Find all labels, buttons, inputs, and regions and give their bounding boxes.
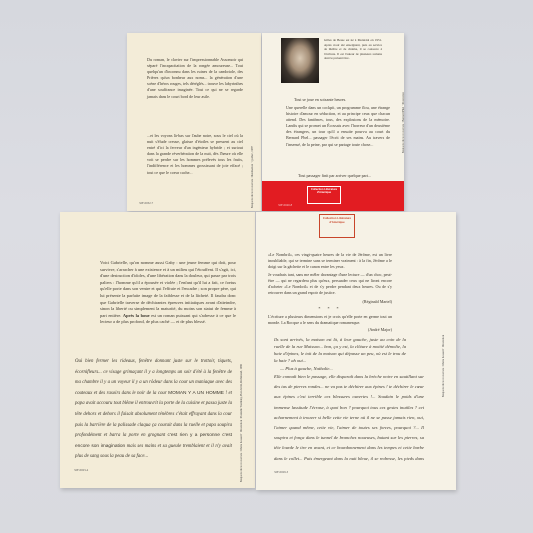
publisher-logo: Collection Littérature d'Amérique [307,186,341,204]
red-band: Collection Littérature d'Amérique 32F-00… [262,181,404,211]
book-cover-top-right: Gilles de Besse est né à Montréal en 195… [262,33,404,211]
book-cover-bottom-right: Collection Littérature d'Amérique «Le No… [256,212,456,490]
book3-title-mention: Après la boue [123,313,150,318]
book3-code: 32F-0023-4 [74,468,88,472]
publisher-logo-red: Collection Littérature d'Amérique [319,214,355,238]
book4-code: 32F-0029-3 [274,470,288,474]
book4-para3: L'écriture a plusieurs dimensions et je … [268,314,392,326]
book3-intro-text: Voici Gabrielle, qu'on nomme aussi Gaby … [100,260,236,318]
book2-closing: Tout passager finit par arriver quelque … [298,173,398,179]
book-cover-bottom-left: Voici Gabrielle, qu'on nomme aussi Gaby … [60,212,255,488]
book4-excerpt1: Ils sont arrivés, la maison est là, à le… [274,336,406,364]
book4-attribution2: (André Major) [268,327,392,333]
book3-excerpt: Oui bien fermer les rideaux, fenêtre don… [75,357,232,463]
book4-attribution1: (Réginald Martel) [268,299,392,305]
book2-code: 32F-0040-8 [278,203,292,207]
book4-excerpt2: — Plus à gauche, Nathalie... [280,365,406,372]
author-photo [281,38,319,83]
book4-para2: Je voudrais tant, sans me mêler davantag… [268,272,392,296]
book1-paragraph-2: ...et les voyons là-bas sur l'aube noire… [147,133,243,176]
book3-intro: Voici Gabrielle, qu'on nomme aussi Gaby … [100,260,236,326]
book4-separator: * * * [268,306,392,312]
book1-paragraph-1: Du roman, le clavier sur l'impressionnab… [147,57,243,100]
book1-code: 32F-0032-7 [139,201,153,205]
book2-body: Une querelle dans un cockpit, un program… [286,105,390,171]
book1-spine-credit: Maquette de la couverture : Réalisation … [251,148,254,208]
book3-spine-credit: Maquette de la couverture : Marie Lessar… [240,372,243,482]
book3-excerpt-caps: MOMAN Y A UN HOMME [168,391,224,396]
book4-para1: «Le Nombril», ces vingt-quatre heures de… [268,252,392,270]
book2-tagline: Tout se joue en soixante heures. [294,97,394,103]
publisher-logo-text: Collection Littérature d'Amérique [311,188,337,194]
book3-intro-end: est un roman puissant qui s'adresse à ce… [100,313,236,325]
book3-excerpt-part2: ! et papa avait accouru tout blême il en… [75,391,232,438]
book4-spine-credit: Maquette de la couverture : Marie Lessar… [442,317,445,397]
book2-spine-credit: Maquette de la couverture : Bernard Phel… [402,103,404,153]
book4-excerpt3: Elle connaît bien le passage, elle dispa… [274,372,424,464]
publisher-logo-red-text: Collection Littérature d'Amérique [323,216,351,224]
book-cover-top-left: Du roman, le clavier sur l'impressionnab… [127,33,261,211]
book2-author-bio: Gilles de Besse est né à Montréal en 195… [324,38,382,61]
